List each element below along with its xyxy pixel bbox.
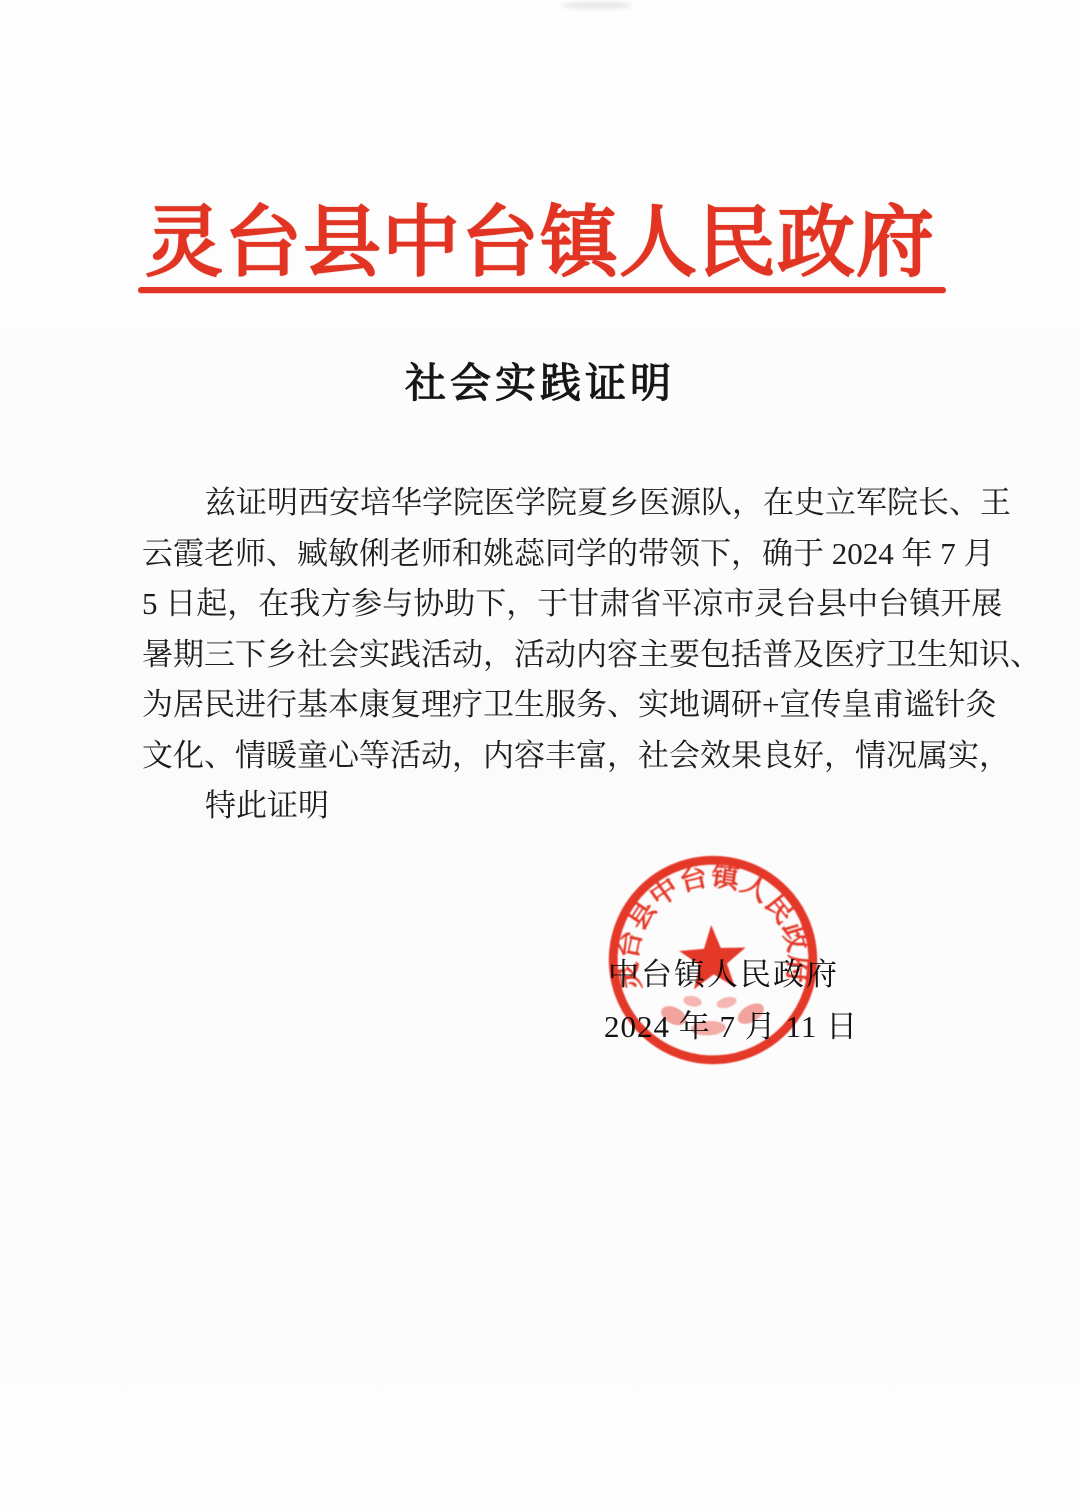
letterhead-org-name: 灵台县中台镇人民政府	[0, 180, 1080, 292]
body-paragraph: 兹证明西安培华学院医学院夏乡医源队，在史立军院长、王 云霞老师、臧敏俐老师和姚蕊…	[142, 478, 945, 832]
body-line: 文化、情暖童心等活动，内容丰富，社会效果良好，情况属实，	[142, 731, 945, 782]
signature-issuer: 中台镇人民政府	[608, 949, 839, 994]
certificate-page: 灵台县中台镇人民政府 社会实践证明 兹证明西安培华学院医学院夏乡医源队，在史立军…	[0, 0, 1080, 1506]
letterhead-rule	[138, 287, 946, 293]
body-line: 兹证明西安培华学院医学院夏乡医源队，在史立军院长、王	[142, 478, 945, 529]
body-line: 暑期三下乡社会实践活动，活动内容主要包括普及医疗卫生知识、	[142, 630, 945, 681]
body-line: 5 日起，在我方参与协助下，于甘肃省平凉市灵台县中台镇开展	[142, 579, 945, 630]
closing-statement: 特此证明	[142, 781, 945, 832]
signature-date: 2024 年 7 月 11 日	[604, 1001, 858, 1046]
scan-smudge	[562, 2, 632, 9]
body-line: 为居民进行基本康复理疗卫生服务、实地调研+宣传皇甫谧针灸	[142, 680, 945, 731]
document-title: 社会实践证明	[0, 350, 1080, 409]
body-line: 云霞老师、臧敏俐老师和姚蕊同学的带领下，确于 2024 年 7 月	[142, 529, 945, 580]
